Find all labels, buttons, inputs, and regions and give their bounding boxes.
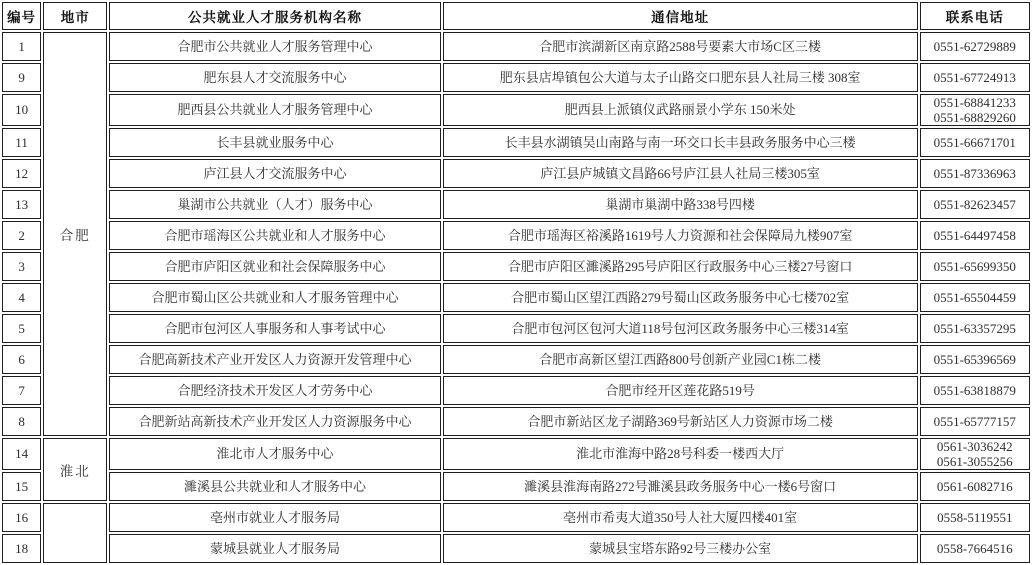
address-cell: 合肥市新站区龙子湖路369号新站区人力资源市场二楼 <box>443 407 918 436</box>
address-cell: 合肥市包河区包河大道118号包河区政务服务中心三楼314室 <box>443 314 918 343</box>
city-cell: 合肥 <box>43 32 107 436</box>
phone-cell: 0551-688412330551-68829260 <box>920 94 1030 126</box>
phone-number: 0558-7664516 <box>925 541 1025 556</box>
phone-number: 0558-5119551 <box>925 510 1025 525</box>
address-cell: 巢湖市巢湖中路338号四楼 <box>443 190 918 219</box>
header-phone: 联系电话 <box>920 2 1030 30</box>
table-row: 9肥东县人才交流服务中心肥东县店埠镇包公大道与太子山路交口肥东县人社局三楼 30… <box>2 63 1030 92</box>
phone-number: 0551-87336963 <box>925 166 1025 181</box>
phone-cell: 0558-5119551 <box>920 503 1030 532</box>
city-cell <box>43 503 107 563</box>
phone-cell: 0551-82623457 <box>920 190 1030 219</box>
table-row: 2合肥市瑶海区公共就业和人才服务中心合肥市瑶海区裕溪路1619号人力资源和社会保… <box>2 221 1030 250</box>
header-city: 地市 <box>43 2 107 30</box>
institution-name-cell: 庐江县人才交流服务中心 <box>109 159 440 188</box>
phone-number: 0551-68829260 <box>925 110 1025 125</box>
phone-number: 0551-63818879 <box>925 383 1025 398</box>
institution-name-cell: 合肥市瑶海区公共就业和人才服务中心 <box>109 221 440 250</box>
row-number-cell: 11 <box>2 128 41 157</box>
institution-name-cell: 合肥市蜀山区公共就业和人才服务管理中心 <box>109 283 440 312</box>
row-number-cell: 13 <box>2 190 41 219</box>
institution-name-cell: 肥东县人才交流服务中心 <box>109 63 440 92</box>
institution-name-cell: 蒙城县就业人才服务局 <box>109 534 440 563</box>
phone-number: 0551-63357295 <box>925 321 1025 336</box>
phone-number: 0551-68841233 <box>925 95 1025 110</box>
row-number-cell: 6 <box>2 345 41 374</box>
row-number-cell: 4 <box>2 283 41 312</box>
institution-name-cell: 濉溪县公共就业和人才服务中心 <box>109 472 440 501</box>
phone-cell: 0561-30362420561-3055256 <box>920 438 1030 470</box>
address-cell: 肥东县店埠镇包公大道与太子山路交口肥东县人社局三楼 308室 <box>443 63 918 92</box>
phone-number: 0551-64497458 <box>925 228 1025 243</box>
address-cell: 合肥市经开区莲花路519号 <box>443 376 918 405</box>
phone-number: 0551-82623457 <box>925 197 1025 212</box>
address-cell: 长丰县水湖镇吴山南路与南一环交口长丰县政务服务中心三楼 <box>443 128 918 157</box>
table-row: 1合肥合肥市公共就业人才服务管理中心合肥市滨湖新区南京路2588号要素大市场C区… <box>2 32 1030 61</box>
phone-cell: 0551-66671701 <box>920 128 1030 157</box>
phone-cell: 0551-64497458 <box>920 221 1030 250</box>
address-cell: 淮北市淮海中路28号科委一楼西大厅 <box>443 438 918 470</box>
phone-cell: 0551-65504459 <box>920 283 1030 312</box>
table-row: 11长丰县就业服务中心长丰县水湖镇吴山南路与南一环交口长丰县政务服务中心三楼05… <box>2 128 1030 157</box>
header-number: 编号 <box>2 2 41 30</box>
table-row: 6合肥高新技术产业开发区人力资源开发管理中心合肥市高新区望江西路800号创新产业… <box>2 345 1030 374</box>
table-row: 15濉溪县公共就业和人才服务中心濉溪县淮海南路272号濉溪县政务服务中心一楼6号… <box>2 472 1030 501</box>
table-row: 4合肥市蜀山区公共就业和人才服务管理中心合肥市蜀山区望江西路279号蜀山区政务服… <box>2 283 1030 312</box>
phone-cell: 0561-6082716 <box>920 472 1030 501</box>
address-cell: 肥西县上派镇仪武路丽景小学东 150米处 <box>443 94 918 126</box>
address-cell: 濉溪县淮海南路272号濉溪县政务服务中心一楼6号窗口 <box>443 472 918 501</box>
table-row: 3合肥市庐阳区就业和社会保障服务中心合肥市庐阳区濉溪路295号庐阳区行政服务中心… <box>2 252 1030 281</box>
phone-number: 0551-65396569 <box>925 352 1025 367</box>
table-row: 16亳州市就业人才服务局亳州市希夷大道350号人社大厦四楼401室0558-51… <box>2 503 1030 532</box>
row-number-cell: 3 <box>2 252 41 281</box>
row-number-cell: 15 <box>2 472 41 501</box>
header-address: 通信地址 <box>443 2 918 30</box>
phone-cell: 0551-62729889 <box>920 32 1030 61</box>
row-number-cell: 16 <box>2 503 41 532</box>
table-row: 7合肥经济技术开发区人才劳务中心合肥市经开区莲花路519号0551-638188… <box>2 376 1030 405</box>
institution-name-cell: 合肥高新技术产业开发区人力资源开发管理中心 <box>109 345 440 374</box>
row-number-cell: 8 <box>2 407 41 436</box>
phone-cell: 0551-65396569 <box>920 345 1030 374</box>
phone-number: 0551-65504459 <box>925 290 1025 305</box>
phone-number: 0561-3055256 <box>925 454 1025 469</box>
header-institution-name: 公共就业人才服务机构名称 <box>109 2 440 30</box>
institution-name-cell: 合肥新站高新技术产业开发区人力资源服务中心 <box>109 407 440 436</box>
institution-name-cell: 长丰县就业服务中心 <box>109 128 440 157</box>
city-cell: 淮北 <box>43 438 107 501</box>
institution-name-cell: 淮北市人才服务中心 <box>109 438 440 470</box>
service-institution-table: 编号 地市 公共就业人才服务机构名称 通信地址 联系电话 1合肥合肥市公共就业人… <box>0 0 1032 565</box>
row-number-cell: 12 <box>2 159 41 188</box>
table-header: 编号 地市 公共就业人才服务机构名称 通信地址 联系电话 <box>2 2 1030 30</box>
phone-number: 0551-62729889 <box>925 39 1025 54</box>
row-number-cell: 1 <box>2 32 41 61</box>
phone-cell: 0551-63818879 <box>920 376 1030 405</box>
phone-cell: 0558-7664516 <box>920 534 1030 563</box>
row-number-cell: 7 <box>2 376 41 405</box>
table-row: 13巢湖市公共就业（人才）服务中心巢湖市巢湖中路338号四楼0551-82623… <box>2 190 1030 219</box>
address-cell: 蒙城县宝塔东路92号三楼办公室 <box>443 534 918 563</box>
phone-number: 0561-6082716 <box>925 479 1025 494</box>
document-page: 编号 地市 公共就业人才服务机构名称 通信地址 联系电话 1合肥合肥市公共就业人… <box>0 0 1032 565</box>
institution-name-cell: 巢湖市公共就业（人才）服务中心 <box>109 190 440 219</box>
table-header-row: 编号 地市 公共就业人才服务机构名称 通信地址 联系电话 <box>2 2 1030 30</box>
table-body: 1合肥合肥市公共就业人才服务管理中心合肥市滨湖新区南京路2588号要素大市场C区… <box>2 32 1030 563</box>
address-cell: 合肥市瑶海区裕溪路1619号人力资源和社会保障局九楼907室 <box>443 221 918 250</box>
phone-number: 0551-65777157 <box>925 414 1025 429</box>
table-row: 5合肥市包河区人事服务和人事考试中心合肥市包河区包河大道118号包河区政务服务中… <box>2 314 1030 343</box>
institution-name-cell: 合肥市庐阳区就业和社会保障服务中心 <box>109 252 440 281</box>
row-number-cell: 5 <box>2 314 41 343</box>
phone-number: 0551-65699350 <box>925 259 1025 274</box>
table-row: 14淮北淮北市人才服务中心淮北市淮海中路28号科委一楼西大厅0561-30362… <box>2 438 1030 470</box>
phone-cell: 0551-63357295 <box>920 314 1030 343</box>
phone-number: 0551-66671701 <box>925 135 1025 150</box>
row-number-cell: 2 <box>2 221 41 250</box>
table-row: 8合肥新站高新技术产业开发区人力资源服务中心合肥市新站区龙子湖路369号新站区人… <box>2 407 1030 436</box>
row-number-cell: 9 <box>2 63 41 92</box>
institution-name-cell: 肥西县公共就业人才服务管理中心 <box>109 94 440 126</box>
row-number-cell: 14 <box>2 438 41 470</box>
phone-cell: 0551-65699350 <box>920 252 1030 281</box>
table-row: 12庐江县人才交流服务中心庐江县庐城镇文昌路66号庐江县人社局三楼305室055… <box>2 159 1030 188</box>
table-row: 18蒙城县就业人才服务局蒙城县宝塔东路92号三楼办公室0558-7664516 <box>2 534 1030 563</box>
institution-name-cell: 合肥市包河区人事服务和人事考试中心 <box>109 314 440 343</box>
row-number-cell: 10 <box>2 94 41 126</box>
phone-cell: 0551-65777157 <box>920 407 1030 436</box>
institution-name-cell: 合肥市公共就业人才服务管理中心 <box>109 32 440 61</box>
address-cell: 合肥市高新区望江西路800号创新产业园C1栋二楼 <box>443 345 918 374</box>
phone-cell: 0551-87336963 <box>920 159 1030 188</box>
institution-name-cell: 亳州市就业人才服务局 <box>109 503 440 532</box>
phone-number: 0551-67724913 <box>925 70 1025 85</box>
address-cell: 合肥市庐阳区濉溪路295号庐阳区行政服务中心三楼27号窗口 <box>443 252 918 281</box>
table-row: 10肥西县公共就业人才服务管理中心肥西县上派镇仪武路丽景小学东 150米处055… <box>2 94 1030 126</box>
phone-cell: 0551-67724913 <box>920 63 1030 92</box>
address-cell: 庐江县庐城镇文昌路66号庐江县人社局三楼305室 <box>443 159 918 188</box>
row-number-cell: 18 <box>2 534 41 563</box>
phone-number: 0561-3036242 <box>925 439 1025 454</box>
address-cell: 亳州市希夷大道350号人社大厦四楼401室 <box>443 503 918 532</box>
address-cell: 合肥市蜀山区望江西路279号蜀山区政务服务中心七楼702室 <box>443 283 918 312</box>
address-cell: 合肥市滨湖新区南京路2588号要素大市场C区三楼 <box>443 32 918 61</box>
institution-name-cell: 合肥经济技术开发区人才劳务中心 <box>109 376 440 405</box>
